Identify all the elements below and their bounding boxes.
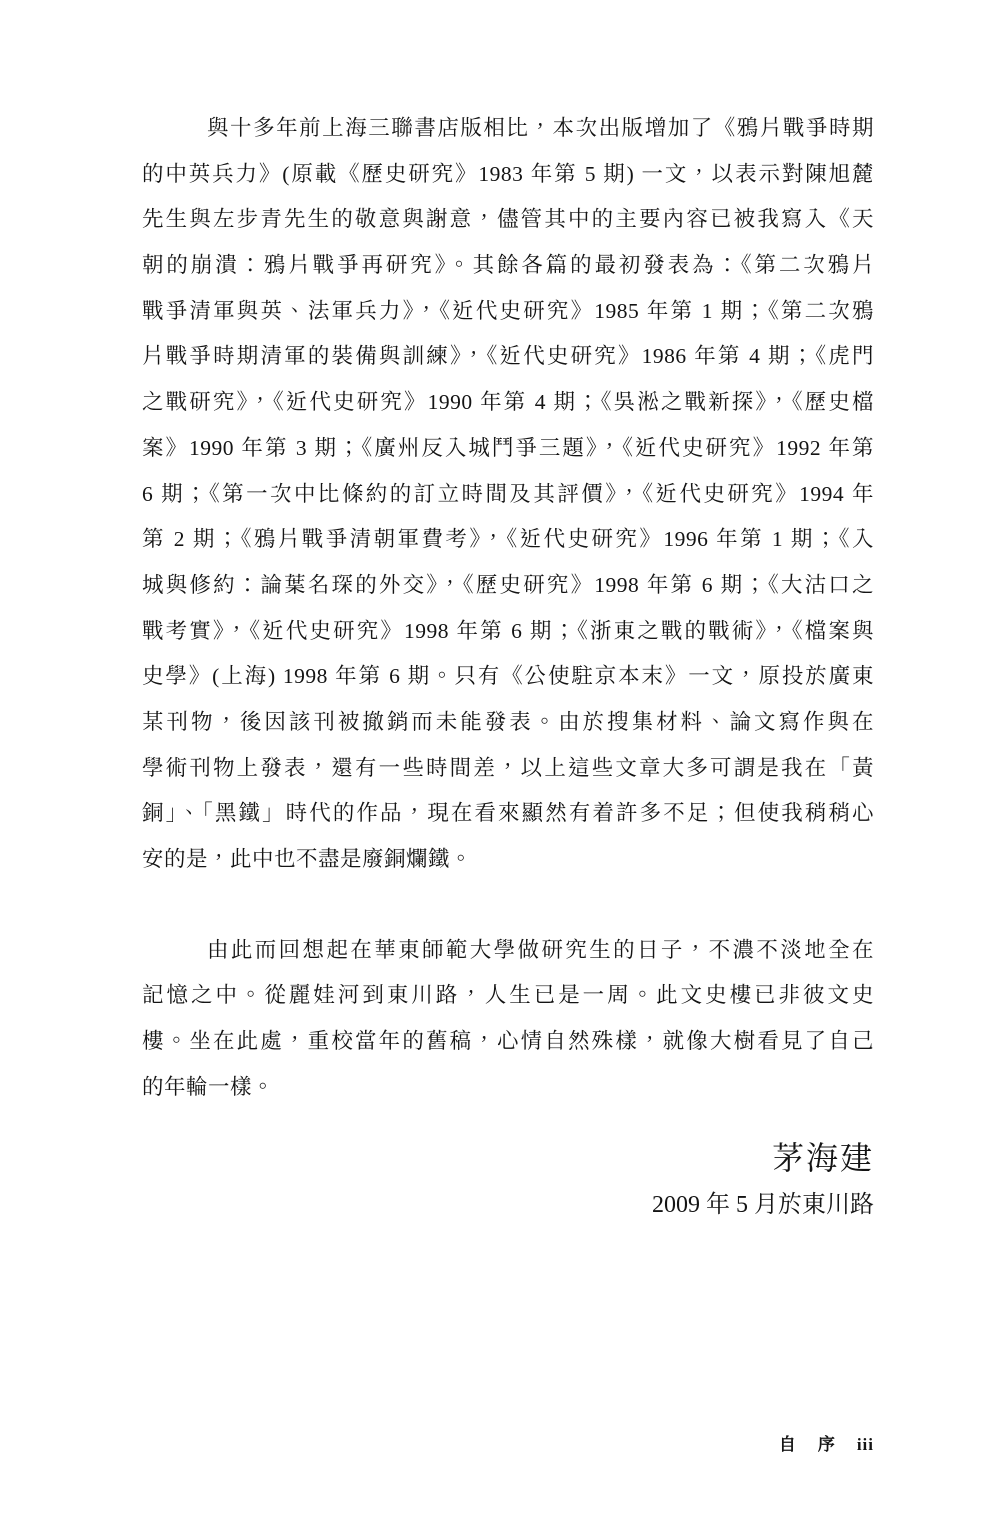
signature-block: 茅海建 2009 年 5 月於東川路 — [142, 1134, 874, 1224]
text-line: 安的是，此中也不盡是廢銅爛鐵。 — [142, 837, 874, 883]
text-line: 案》1990 年第 3 期；《廣州反入城鬥爭三題》，《近代史研究》1992 年第 — [142, 426, 874, 472]
text-line: 6 期；《第一次中比條約的訂立時間及其評價》，《近代史研究》1994 年 — [142, 472, 874, 518]
footer-page-number: iii — [857, 1435, 874, 1454]
text-line: 之戰研究》，《近代史研究》1990 年第 4 期；《吳淞之戰新探》，《歷史檔 — [142, 380, 874, 426]
text-line: 學術刊物上發表，還有一些時間差，以上這些文章大多可謂是我在「黃 — [142, 746, 874, 792]
text-line: 片戰爭時期清軍的裝備與訓練》，《近代史研究》1986 年第 4 期；《虎門 — [142, 334, 874, 380]
footer-section-title: 自序 — [779, 1435, 857, 1454]
text-line: 與十多年前上海三聯書店版相比，本次出版增加了《鴉片戰爭時期 — [142, 106, 874, 152]
text-line: 某刊物，後因該刊被撤銷而未能發表。由於搜集材料、論文寫作與在 — [142, 700, 874, 746]
text-line: 城與修約：論葉名琛的外交》，《歷史研究》1998 年第 6 期；《大沽口之 — [142, 563, 874, 609]
text-line: 的年輪一樣。 — [142, 1065, 874, 1111]
paragraph-2: 由此而回想起在華東師範大學做研究生的日子，不濃不淡地全在 記憶之中。從麗娃河到東… — [142, 928, 874, 1111]
text-line: 史學》(上海) 1998 年第 6 期。只有《公使駐京本末》一文，原投於廣東 — [142, 654, 874, 700]
signature-date: 2009 年 5 月於東川路 — [142, 1186, 874, 1224]
text-line: 朝的崩潰：鴉片戰爭再研究》。其餘各篇的最初發表為：《第二次鴉片 — [142, 243, 874, 289]
signature-author-name: 茅海建 — [142, 1134, 874, 1182]
text-line: 樓。坐在此處，重校當年的舊稿，心情自然殊樣，就像大樹看見了自己 — [142, 1019, 874, 1065]
text-line: 記憶之中。從麗娃河到東川路，人生已是一周。此文史樓已非彼文史 — [142, 973, 874, 1019]
text-line: 戰考實》，《近代史研究》1998 年第 6 期；《浙東之戰的戰術》，《檔案與 — [142, 609, 874, 655]
text-line: 第 2 期；《鴉片戰爭清朝軍費考》，《近代史研究》1996 年第 1 期；《入 — [142, 517, 874, 563]
text-line: 的中英兵力》(原載《歷史研究》1983 年第 5 期) 一文，以表示對陳旭麓 — [142, 152, 874, 198]
text-line: 銅」、「黑鐵」時代的作品，現在看來顯然有着許多不足；但使我稍稍心 — [142, 791, 874, 837]
text-line: 戰爭清軍與英、法軍兵力》，《近代史研究》1985 年第 1 期；《第二次鴉 — [142, 289, 874, 335]
text-line: 由此而回想起在華東師範大學做研究生的日子，不濃不淡地全在 — [142, 928, 874, 974]
text-line: 先生與左步青先生的敬意與謝意，儘管其中的主要內容已被我寫入《天 — [142, 197, 874, 243]
paragraph-1: 與十多年前上海三聯書店版相比，本次出版增加了《鴉片戰爭時期 的中英兵力》(原載《… — [142, 106, 874, 883]
page-footer: 自序iii — [779, 1433, 874, 1457]
preface-page: 與十多年前上海三聯書店版相比，本次出版增加了《鴉片戰爭時期 的中英兵力》(原載《… — [0, 0, 1000, 1513]
text-column: 與十多年前上海三聯書店版相比，本次出版增加了《鴉片戰爭時期 的中英兵力》(原載《… — [142, 106, 874, 1224]
